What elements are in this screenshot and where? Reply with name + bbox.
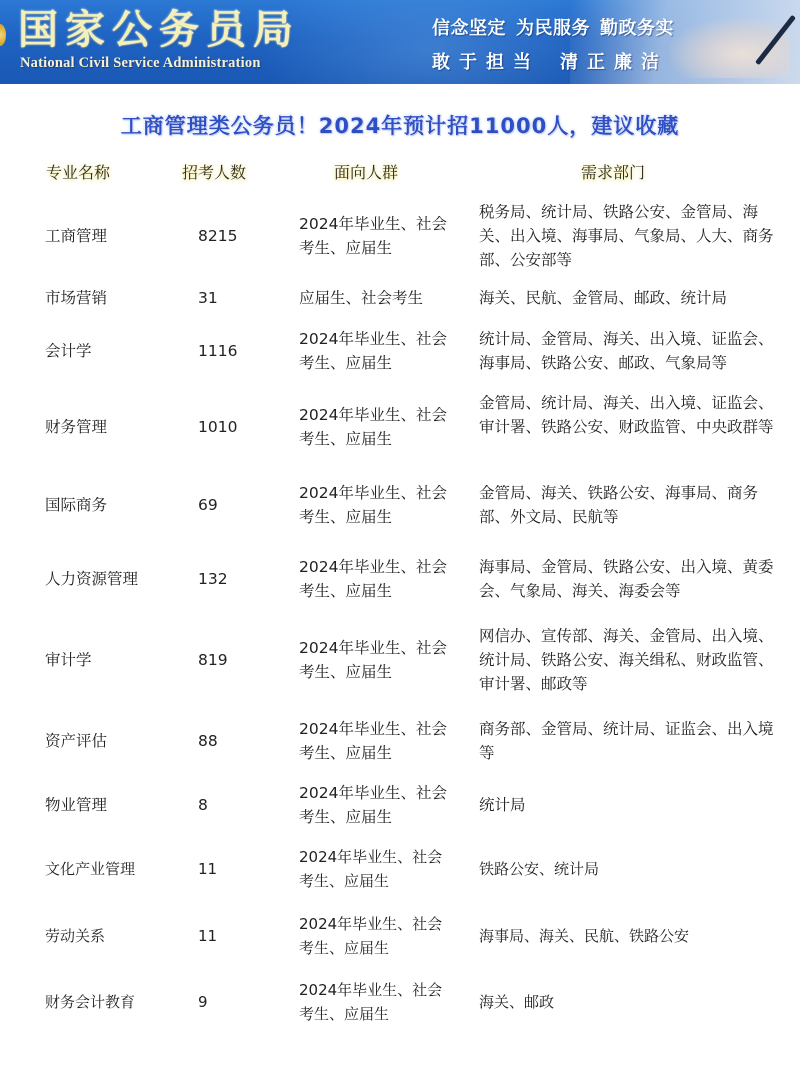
cell-count: 132 [198,567,228,591]
cell-target: 2024年毕业生、社会考生、应届生 [299,212,449,260]
cell-count: 11 [198,857,217,881]
header-departments: 需求部门 [581,160,645,183]
cell-departments: 统计局、金管局、海关、出入境、证监会、海事局、铁路公安、邮政、气象局等 [479,327,779,375]
cell-departments: 金管局、海关、铁路公安、海事局、商务部、外文局、民航等 [479,481,779,529]
cell-count: 8 [198,793,208,817]
cell-count: 31 [198,286,218,310]
cell-departments: 海事局、海关、民航、铁路公安 [479,924,779,948]
header-target-group: 面向人群 [334,160,398,183]
cell-count: 8215 [198,224,237,248]
national-emblem-icon [0,24,6,46]
cell-major: 文化产业管理 [45,857,135,881]
cell-target: 2024年毕业生、社会考生、应届生 [299,481,449,529]
cell-departments: 海关、民航、金管局、邮政、统计局 [479,286,779,310]
cell-departments: 海关、邮政 [479,990,779,1014]
cell-departments: 税务局、统计局、铁路公安、金管局、海关、出入境、海事局、气象局、人大、商务部、公… [479,200,779,272]
slogan-item: 勤政务实 [600,18,674,39]
cell-target: 2024年毕业生、社会考生、应届生 [299,781,449,829]
cell-departments: 金管局、统计局、海关、出入境、证监会、审计署、铁路公安、财政监管、中央政群等 [479,391,779,439]
slogan-item: 敢于担当 [432,52,540,73]
cell-major: 资产评估 [45,729,107,753]
cell-major: 劳动关系 [45,924,105,948]
cell-target: 2024年毕业生、社会考生、应届生 [299,403,449,451]
cell-departments: 统计局 [479,793,779,817]
cell-target: 2024年毕业生、社会考生、应届生 [299,845,449,893]
slogan-item: 为民服务 [516,18,590,39]
cell-target: 2024年毕业生、社会考生、应届生 [299,555,449,603]
cell-target: 应届生、社会考生 [299,286,449,310]
cell-count: 819 [198,648,228,672]
cell-major: 财务会计教育 [45,990,135,1014]
cell-major: 物业管理 [45,793,107,817]
cell-count: 88 [198,729,218,753]
slogan-item: 清正廉洁 [560,52,668,73]
cell-count: 69 [198,493,218,517]
cell-departments: 铁路公安、统计局 [479,857,779,881]
slogan-item: 信念坚定 [432,18,506,39]
logo-english: National Civil Service Administration [20,55,261,72]
cell-departments: 商务部、金管局、统计局、证监会、出入境等 [479,717,779,765]
header-count: 招考人数 [182,160,246,183]
cell-count: 11 [198,924,217,948]
slogan-line-1: 信念坚定为民服务勤政务实 [432,14,684,40]
cell-major: 工商管理 [45,224,107,248]
cell-count: 1116 [198,339,237,363]
table-header: 专业名称 招考人数 面向人群 需求部门 [0,160,800,188]
page-title: 工商管理类公务员！2024年预计招11000人，建议收藏 [0,110,800,140]
cell-departments: 网信办、宣传部、海关、金管局、出入境、统计局、铁路公安、海关缉私、财政监管、审计… [479,624,779,696]
cell-major: 市场营销 [45,286,107,310]
cell-count: 9 [198,990,208,1014]
cell-target: 2024年毕业生、社会考生、应届生 [299,327,449,375]
cell-major: 财务管理 [45,415,107,439]
cell-target: 2024年毕业生、社会考生、应届生 [299,636,449,684]
cell-count: 1010 [198,415,237,439]
cell-major: 会计学 [45,339,92,363]
header-major: 专业名称 [46,160,110,183]
cell-target: 2024年毕业生、社会考生、应届生 [299,978,449,1026]
cell-major: 人力资源管理 [45,567,138,591]
header-banner: 国家公务员局 National Civil Service Administra… [0,0,800,84]
cell-major: 审计学 [45,648,92,672]
cell-departments: 海事局、金管局、铁路公安、出入境、黄委会、气象局、海关、海委会等 [479,555,779,603]
slogan-line-2: 敢于担当清正廉洁 [432,48,668,74]
cell-target: 2024年毕业生、社会考生、应届生 [299,717,449,765]
cell-major: 国际商务 [45,493,107,517]
cell-target: 2024年毕业生、社会考生、应届生 [299,912,449,960]
logo-chinese: 国家公务员局 [18,6,300,54]
